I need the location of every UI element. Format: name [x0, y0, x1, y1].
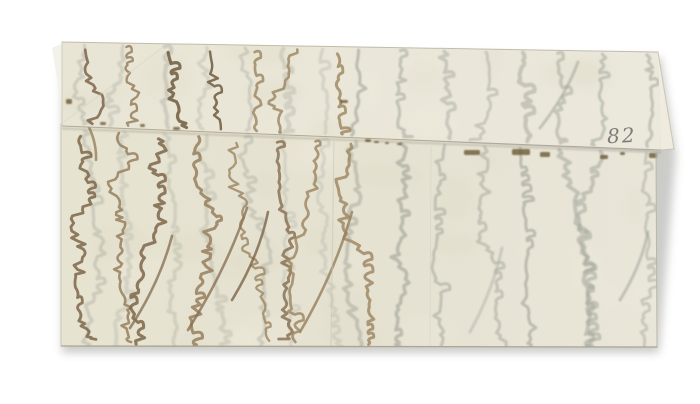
page-number-annotation: 82 — [606, 121, 655, 149]
manuscript-photo — [0, 0, 700, 404]
photo-canvas: 82 — [0, 0, 700, 404]
